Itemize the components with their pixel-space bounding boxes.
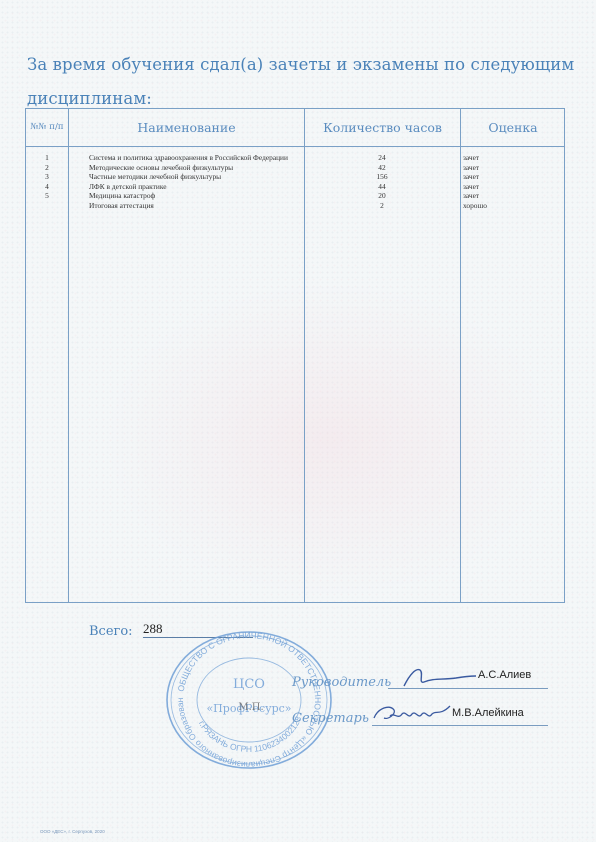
header-number: №№ п/п bbox=[26, 109, 68, 146]
row-number: 5 bbox=[26, 191, 68, 201]
row-grade: зачет bbox=[463, 191, 479, 201]
header-grade: Оценка bbox=[461, 109, 565, 146]
row-name: ЛФК в детской практике bbox=[89, 182, 167, 192]
director-label: Руководитель bbox=[292, 675, 391, 690]
table-row: 3 Частные методики лечебной физкультуры … bbox=[26, 172, 564, 182]
table-row: 1 Система и политика здравоохранения в Р… bbox=[26, 153, 564, 163]
table-body: 1 Система и политика здравоохранения в Р… bbox=[26, 153, 564, 211]
header-name: Наименование bbox=[69, 109, 304, 146]
row-number: 2 bbox=[26, 163, 68, 173]
header-hours: Количество часов bbox=[305, 109, 460, 146]
printer-footer: ООО «ДЕС», г. Серпухов, 2020 bbox=[40, 829, 105, 834]
row-grade: зачет bbox=[463, 163, 479, 173]
secretary-signature-icon bbox=[370, 700, 460, 728]
row-number: 3 bbox=[26, 172, 68, 182]
director-signature-icon bbox=[400, 664, 480, 690]
row-number: 4 bbox=[26, 182, 68, 192]
row-name: Итоговая аттестация bbox=[89, 201, 154, 211]
row-hours: 44 bbox=[304, 182, 460, 192]
secretary-label: Секретарь bbox=[292, 711, 369, 726]
header-divider bbox=[26, 146, 564, 147]
row-name: Медицина катастроф bbox=[89, 191, 155, 201]
row-grade: зачет bbox=[463, 153, 479, 163]
table-row: 5 Медицина катастроф 20 зачет bbox=[26, 191, 564, 201]
row-hours: 2 bbox=[304, 201, 460, 211]
row-name: Методические основы лечебной физкультуры bbox=[89, 163, 233, 173]
heading-line-1: За время обучения сдал(а) зачеты и экзам… bbox=[27, 48, 587, 82]
page-heading: За время обучения сдал(а) зачеты и экзам… bbox=[27, 48, 587, 116]
row-hours: 156 bbox=[304, 172, 460, 182]
total-label: Всего: bbox=[89, 624, 133, 639]
row-name: Частные методики лечебной физкультуры bbox=[89, 172, 221, 182]
disciplines-table: №№ п/п Наименование Количество часов Оце… bbox=[25, 108, 565, 603]
organization-stamp-icon: ОБЩЕСТВО С ОГРАНИЧЕННОЙ ОТВЕТСТВЕННОСТЬЮ… bbox=[163, 630, 335, 770]
table-row: Итоговая аттестация 2 хорошо bbox=[26, 201, 564, 211]
table-row: 2 Методические основы лечебной физкульту… bbox=[26, 163, 564, 173]
secretary-name: М.В.Алейкина bbox=[452, 707, 524, 719]
row-name: Система и политика здравоохранения в Рос… bbox=[89, 153, 288, 163]
stamp-mp: М.П. bbox=[238, 702, 263, 713]
row-grade: зачет bbox=[463, 182, 479, 192]
row-hours: 24 bbox=[304, 153, 460, 163]
row-number: 1 bbox=[26, 153, 68, 163]
table-row: 4 ЛФК в детской практике 44 зачет bbox=[26, 182, 564, 192]
director-name: А.С.Алиев bbox=[478, 669, 531, 681]
row-grade: зачет bbox=[463, 172, 479, 182]
stamp-center-top: ЦСО bbox=[233, 677, 265, 692]
row-hours: 20 bbox=[304, 191, 460, 201]
row-grade: хорошо bbox=[463, 201, 487, 211]
row-hours: 42 bbox=[304, 163, 460, 173]
